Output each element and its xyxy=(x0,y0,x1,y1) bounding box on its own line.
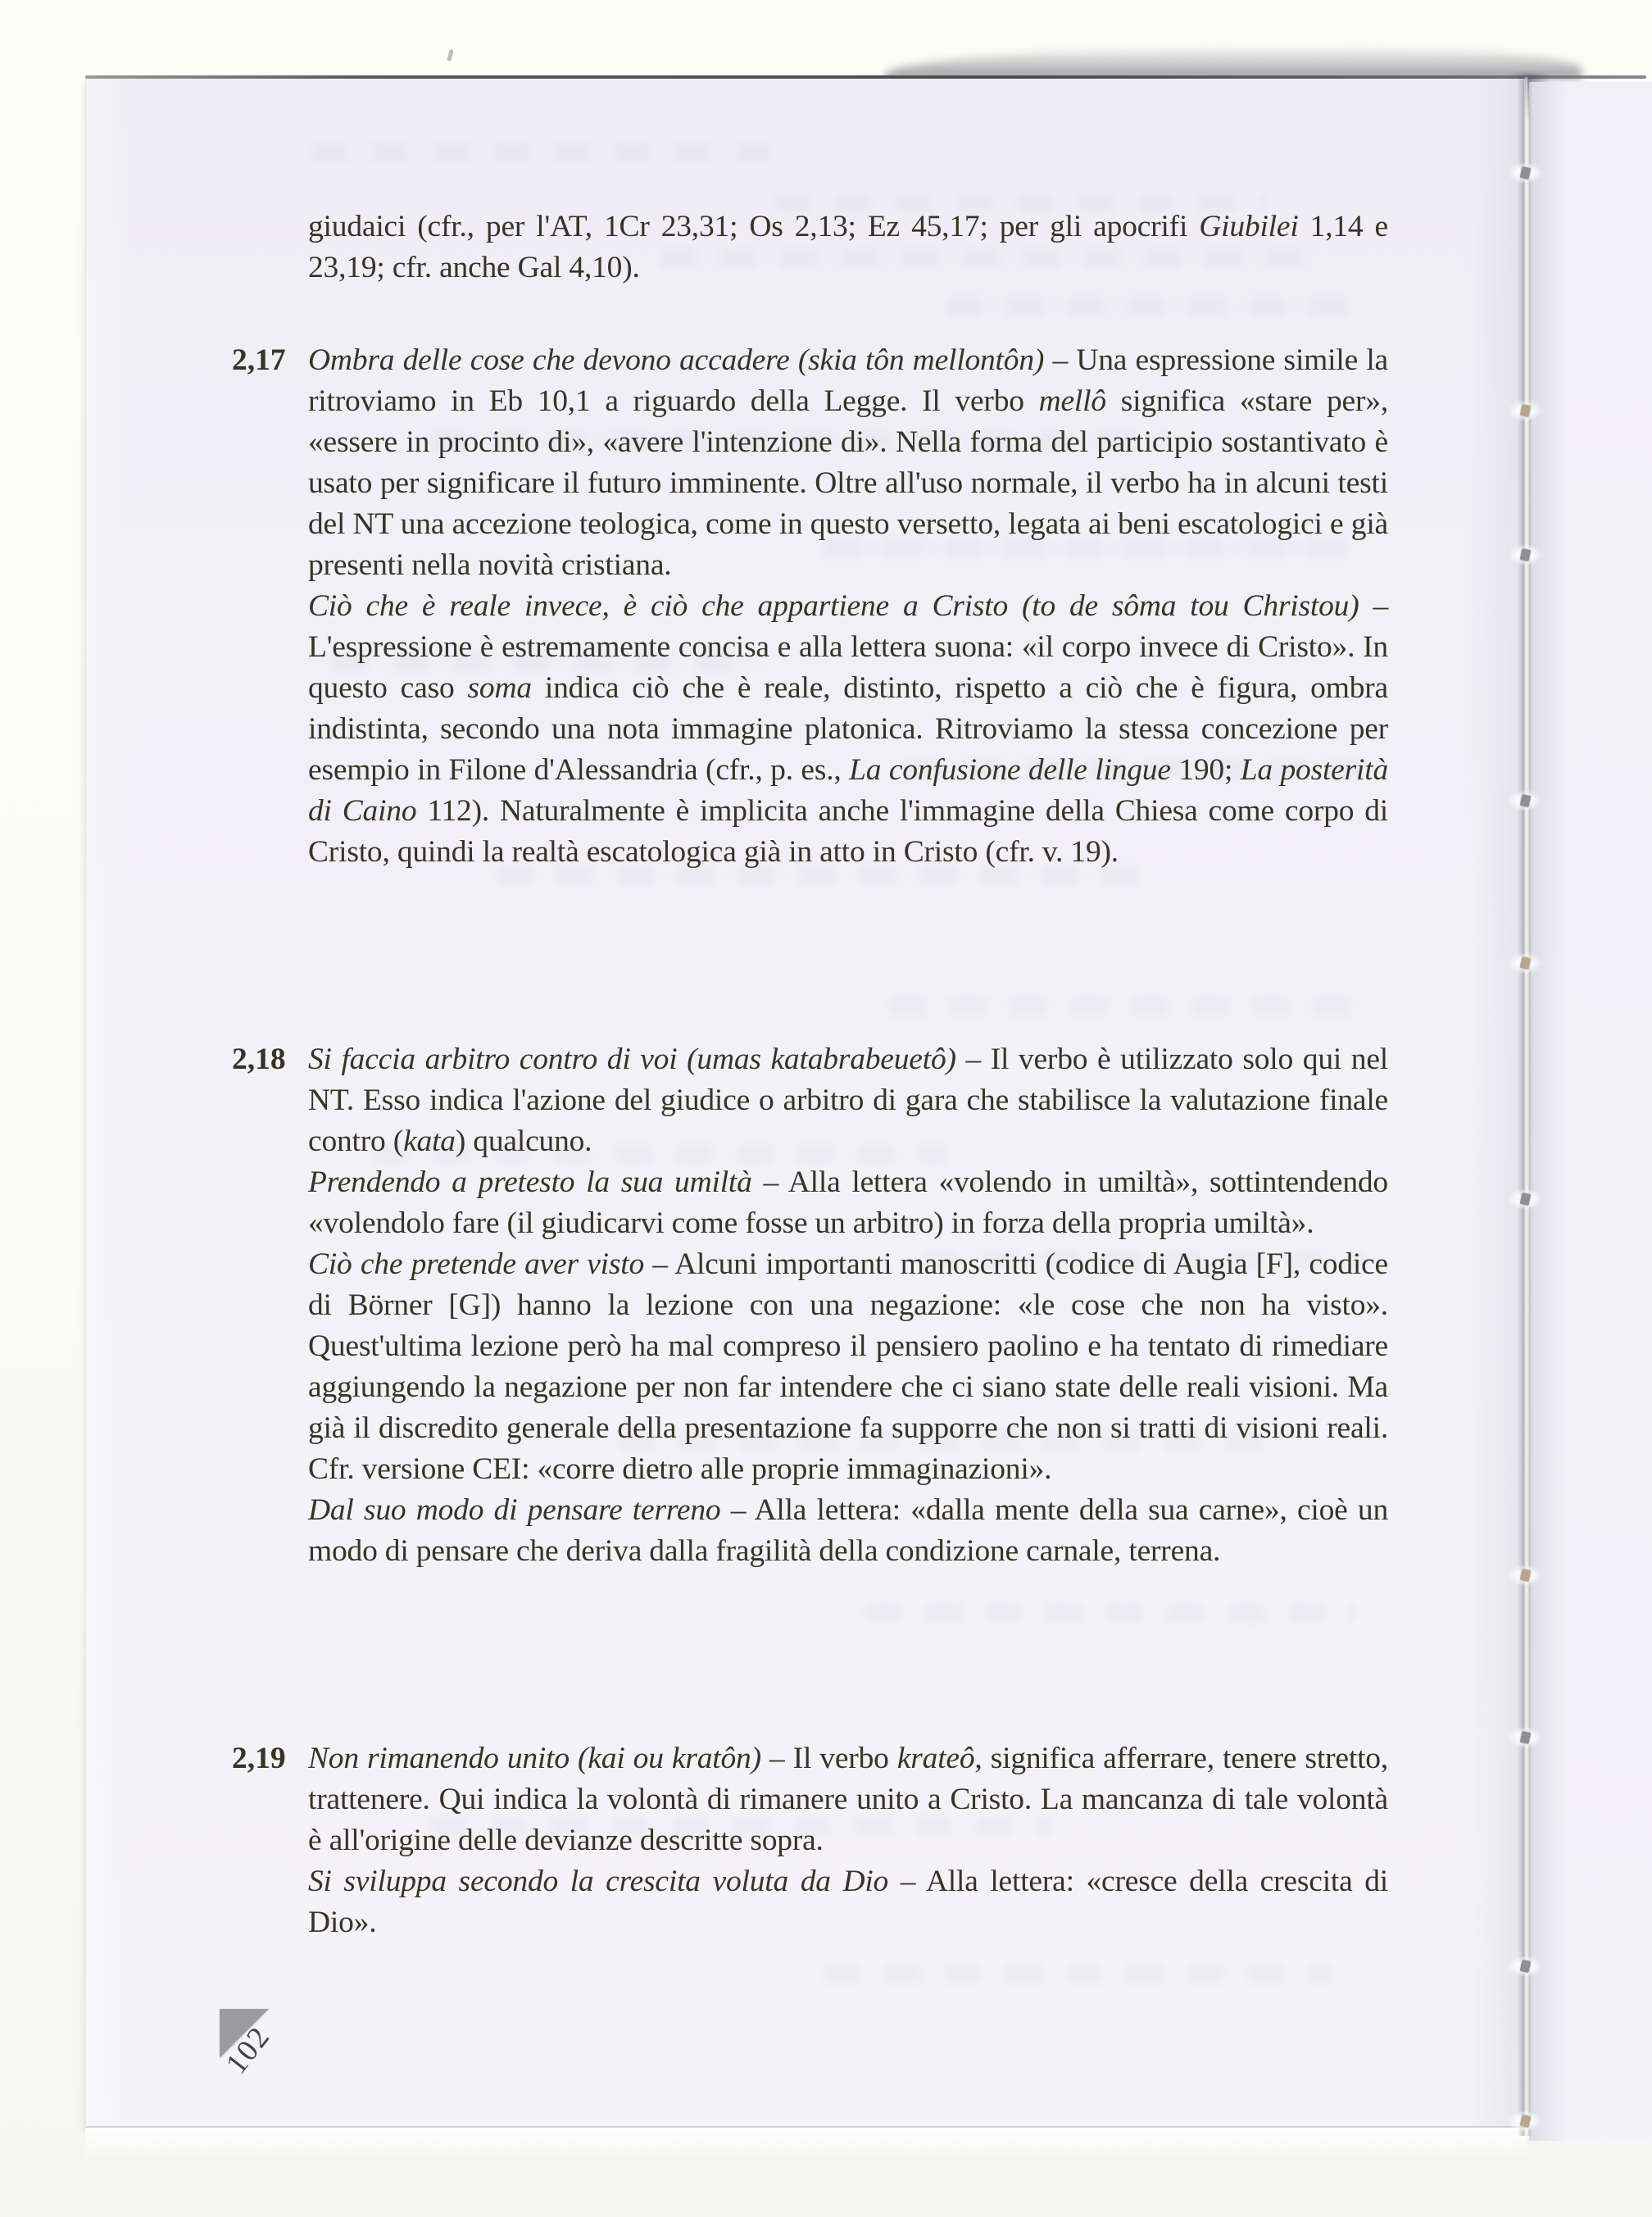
bleedthrough-ghost xyxy=(946,297,1356,316)
verse-number-label: 2,17 xyxy=(232,340,286,381)
body-paragraph: giudaici (cfr., per l'AT, 1Cr 23,31; Os … xyxy=(308,207,1388,288)
spine-stitch xyxy=(1508,2110,1542,2132)
spine-stitch xyxy=(1508,1188,1542,1210)
spine-stitch xyxy=(1508,790,1542,811)
body-paragraph: Ciò che è reale invece, è ciò che appart… xyxy=(308,586,1388,873)
page-bottom-glare xyxy=(85,2128,1527,2162)
entry-2-19: 2,19 Non rimanendo unito (kai ou kratôn)… xyxy=(308,1738,1388,1943)
body-paragraph: Prendendo a pretesto la sua umiltà – All… xyxy=(308,1162,1388,1244)
book-right-page-sliver xyxy=(1529,82,1652,2141)
spine-stitch xyxy=(1508,162,1542,184)
bleedthrough-ghost xyxy=(889,997,1364,1016)
body-paragraph: Si sviluppa secondo la crescita voluta d… xyxy=(308,1861,1388,1943)
body-paragraph: Dal suo modo di pensare terreno – Alla l… xyxy=(308,1490,1388,1572)
bleedthrough-ghost xyxy=(824,1964,1332,1983)
scan-speck xyxy=(447,49,453,62)
entry-2-17: 2,17 Ombra delle cose che devono accader… xyxy=(308,340,1388,873)
book-spine-fold xyxy=(1518,77,1532,2136)
body-paragraph: Si faccia arbitro contro di voi (umas ka… xyxy=(308,1039,1388,1162)
spine-stitch xyxy=(1508,1956,1542,1977)
spine-stitch xyxy=(1508,1565,1542,1586)
entry-2-18: 2,18 Si faccia arbitro contro di voi (um… xyxy=(308,1039,1388,1572)
spine-stitch xyxy=(1508,400,1542,421)
book-left-page: giudaici (cfr., per l'AT, 1Cr 23,31; Os … xyxy=(85,79,1525,2128)
body-paragraph: Ciò che pretende aver visto – Alcuni imp… xyxy=(308,1244,1388,1490)
scanned-book-page: giudaici (cfr., per l'AT, 1Cr 23,31; Os … xyxy=(0,0,1652,2217)
spine-stitch xyxy=(1508,952,1542,974)
bleedthrough-ghost xyxy=(311,143,770,162)
bleedthrough-ghost xyxy=(865,1603,1356,1623)
body-paragraph: Non rimanendo unito (kai ou kratôn) – Il… xyxy=(308,1738,1388,1861)
verse-number-label: 2,18 xyxy=(232,1039,286,1080)
verse-number-label: 2,19 xyxy=(232,1738,286,1779)
spine-stitch xyxy=(1508,1727,1542,1748)
body-paragraph: Ombra delle cose che devono accadere (sk… xyxy=(308,340,1388,586)
spine-stitch xyxy=(1508,544,1542,566)
page-top-shadow xyxy=(885,46,1582,79)
paragraph-continuation: giudaici (cfr., per l'AT, 1Cr 23,31; Os … xyxy=(308,207,1388,288)
